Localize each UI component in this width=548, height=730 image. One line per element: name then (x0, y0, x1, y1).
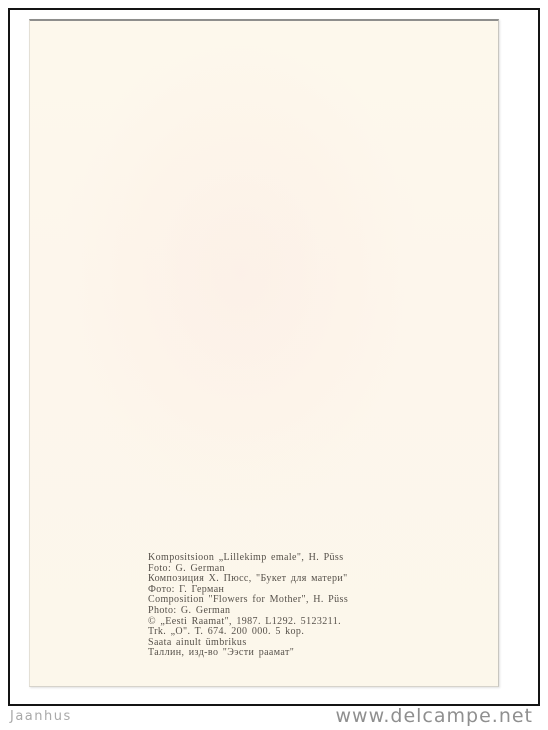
imprint-line-composition-et: Kompositsioon „Lillekimp emale", H. Püss (148, 553, 458, 564)
photo-frame: Kompositsioon „Lillekimp emale", H. Püss… (8, 8, 540, 706)
listing-image: Kompositsioon „Lillekimp emale", H. Püss… (0, 0, 548, 730)
publisher-imprint: Kompositsioon „Lillekimp emale", H. Püss… (148, 553, 458, 659)
imprint-line-photo-en: Photo: G. German (148, 606, 458, 617)
delcampe-watermark: www.delcampe.net (335, 705, 533, 727)
imprint-line-publisher-ru: Таллин, изд-во "Ээсти раамат" (148, 648, 458, 659)
postcard-back-scan: Kompositsioon „Lillekimp emale", H. Püss… (29, 19, 499, 687)
seller-watermark: Jaanhus (10, 709, 72, 724)
